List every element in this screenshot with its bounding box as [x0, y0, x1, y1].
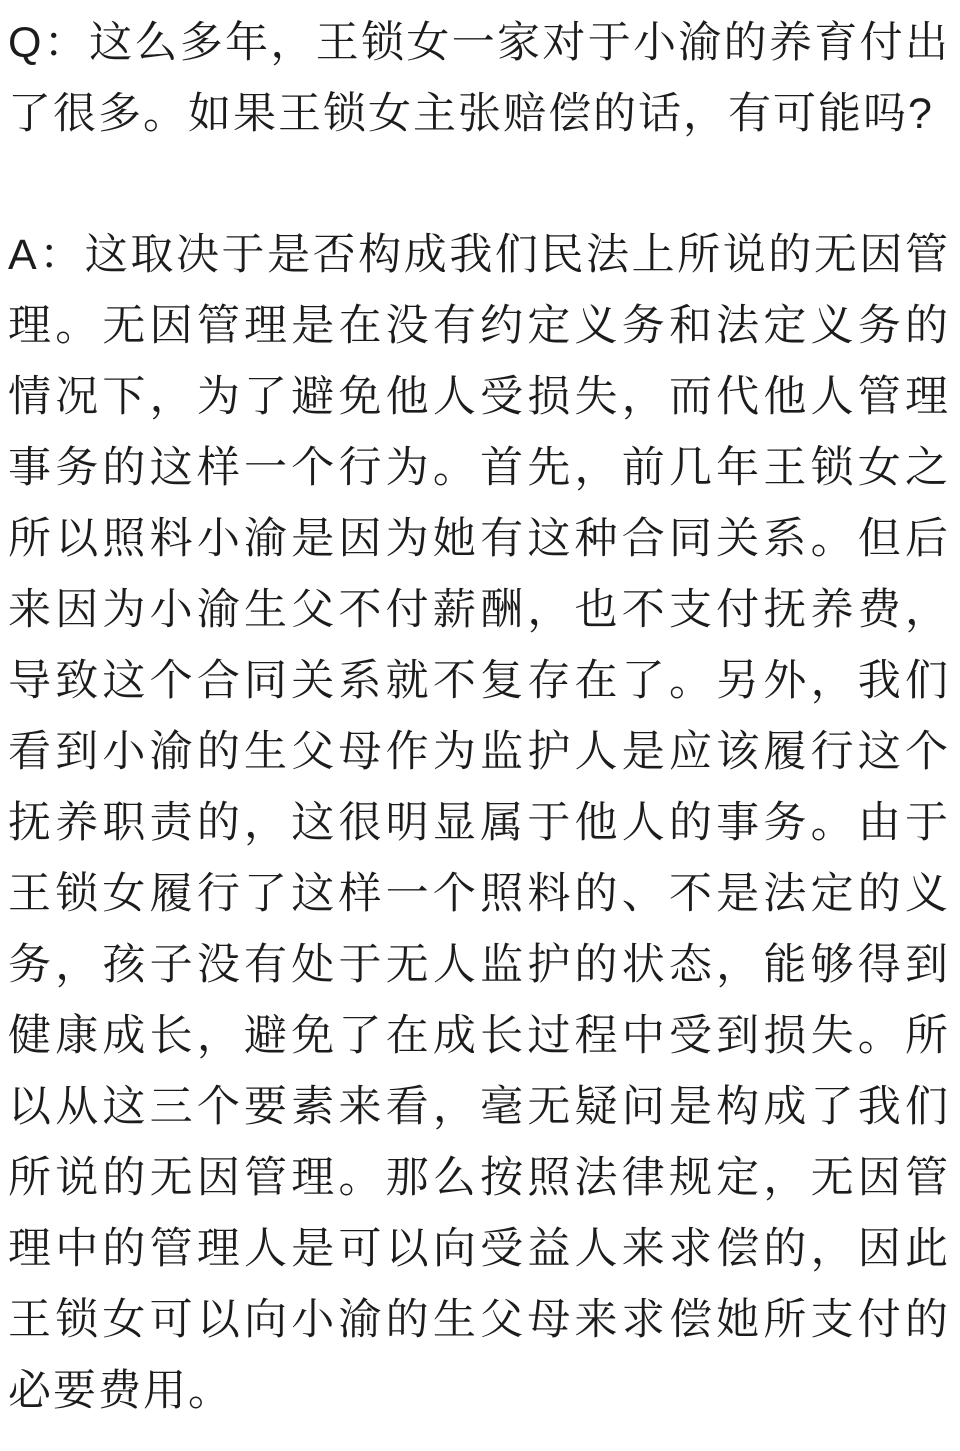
question-paragraph: Q：这么多年，王锁女一家对于小渝的养育付出了很多。如果王锁女主张赔偿的话，有可能…	[8, 8, 950, 150]
document-page: Q：这么多年，王锁女一家对于小渝的养育付出了很多。如果王锁女主张赔偿的话，有可能…	[0, 0, 960, 1451]
answer-paragraph: A：这取决于是否构成我们民法上所说的无因管理。无因管理是在没有约定义务和法定义务…	[8, 220, 950, 1427]
qa-article: Q：这么多年，王锁女一家对于小渝的养育付出了很多。如果王锁女主张赔偿的话，有可能…	[8, 8, 950, 1427]
